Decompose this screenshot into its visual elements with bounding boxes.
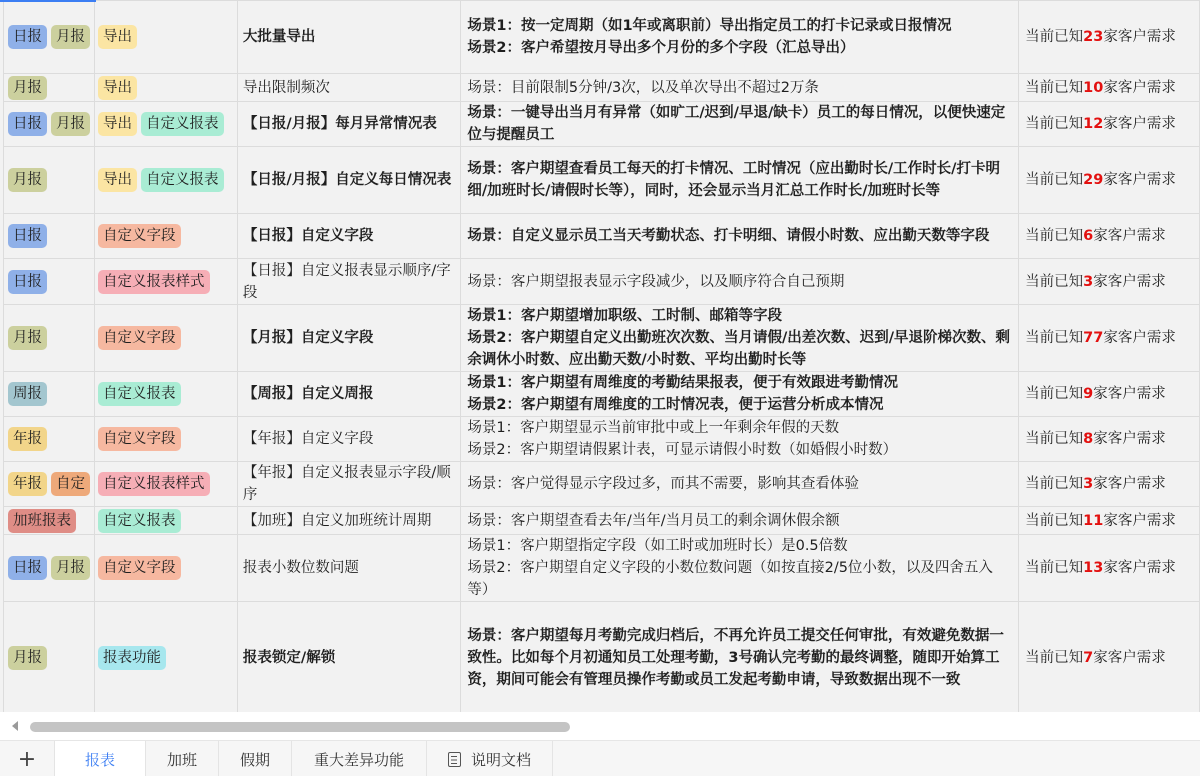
- demand-count-cell[interactable]: 当前已知6家客户需求: [1019, 214, 1200, 259]
- feature-title-cell[interactable]: 导出限制频次: [237, 74, 460, 102]
- demand-suffix: 家客户需求: [1093, 228, 1166, 244]
- scenario-cell[interactable]: 场景：客户期望每月考勤完成归档后，不再允许员工提交任何审批，有效避免数据一致性。…: [461, 602, 1019, 713]
- category-cell[interactable]: 自定义字段: [95, 535, 238, 602]
- scenario-cell[interactable]: 场景1：客户期望有周维度的考勤结果报表，便于有效跟进考勤情况场景2：客户期望有周…: [461, 372, 1019, 417]
- feature-title-cell[interactable]: 【周报】自定义周报: [237, 372, 460, 417]
- demand-suffix: 家客户需求: [1103, 116, 1176, 132]
- feature-title-cell[interactable]: 【日报】自定义报表显示顺序/字段: [237, 259, 460, 305]
- horizontal-scrollbar[interactable]: [0, 712, 1200, 740]
- scenario-line: 场景：一键导出当月有异常（如旷工/迟到/早退/缺卡）员工的每日情况，以便快速定位…: [467, 102, 1014, 146]
- category-tag: 自定义字段: [98, 427, 181, 451]
- report-type-cell[interactable]: 年报: [4, 417, 95, 462]
- report-type-tag: 月报: [51, 25, 90, 49]
- table-row: 月报导出导出限制频次场景：目前限制5分钟/3次，以及单次导出不超过2万条当前已知…: [4, 74, 1200, 102]
- sheet-tab-label: 加班: [167, 749, 197, 770]
- category-cell[interactable]: 自定义报表样式: [95, 462, 238, 507]
- feature-title-cell[interactable]: 【日报/月报】每月异常情况表: [237, 102, 460, 147]
- scenario-cell[interactable]: 场景1：客户期望显示当前审批中或上一年剩余年假的天数场景2：客户期望请假累计表，…: [461, 417, 1019, 462]
- report-type-cell[interactable]: 日报: [4, 214, 95, 259]
- category-tag: 导出: [98, 112, 137, 136]
- scenario-cell[interactable]: 场景：客户期望查看去年/当年/当月员工的剩余调休假余额: [461, 507, 1019, 535]
- scroll-left-arrow-icon[interactable]: [12, 721, 18, 731]
- sheet-tab-3[interactable]: 重大差异功能: [292, 741, 427, 776]
- report-type-tag: 自定: [51, 472, 90, 496]
- table-row: 日报月报导出大批量导出场景1：按一定周期（如1年或离职前）导出指定员工的打卡记录…: [4, 1, 1200, 74]
- customer-count: 8: [1083, 431, 1093, 447]
- sheet-tab-label: 假期: [240, 749, 270, 770]
- category-tag: 自定义字段: [98, 326, 181, 350]
- scenario-line: 场景：目前限制5分钟/3次，以及单次导出不超过2万条: [467, 77, 1014, 99]
- table-row: 日报月报自定义字段报表小数位数问题场景1：客户期望指定字段（如工时或加班时长）是…: [4, 535, 1200, 602]
- demand-count-cell[interactable]: 当前已知13家客户需求: [1019, 535, 1200, 602]
- feature-title-cell[interactable]: 报表锁定/解锁: [237, 602, 460, 713]
- scenario-cell[interactable]: 场景：客户期望查看员工每天的打卡情况、工时情况（应出勤时长/工作时长/打卡明细/…: [461, 147, 1019, 214]
- report-type-tag: 月报: [8, 168, 47, 192]
- customer-count: 12: [1083, 116, 1103, 132]
- report-type-cell[interactable]: 月报: [4, 602, 95, 713]
- scenario-line: 场景：客户觉得显示字段过多，而其不需要，影响其查看体验: [467, 473, 1014, 495]
- category-tag: 自定义字段: [98, 556, 181, 580]
- sheet-tab-4[interactable]: 说明文档: [427, 741, 553, 776]
- category-cell[interactable]: 自定义报表样式: [95, 259, 238, 305]
- scenario-line: 场景2：客户期望有周维度的工时情况表，便于运营分析成本情况: [467, 394, 1014, 416]
- customer-count: 11: [1083, 513, 1103, 529]
- sheet-tab-2[interactable]: 假期: [219, 741, 292, 776]
- sheet-tab-0[interactable]: 报表: [55, 741, 146, 776]
- spreadsheet-grid[interactable]: 日报月报导出大批量导出场景1：按一定周期（如1年或离职前）导出指定员工的打卡记录…: [0, 0, 1200, 712]
- report-type-tag: 日报: [8, 270, 47, 294]
- category-cell[interactable]: 导出自定义报表: [95, 147, 238, 214]
- category-tag: 导出: [98, 168, 137, 192]
- table-row: 年报自定义字段【年报】自定义字段场景1：客户期望显示当前审批中或上一年剩余年假的…: [4, 417, 1200, 462]
- demand-prefix: 当前已知: [1025, 650, 1083, 666]
- demand-suffix: 家客户需求: [1103, 560, 1176, 576]
- scenario-line: 场景1：客户期望增加职级、工时制、邮箱等字段: [467, 305, 1014, 327]
- table-row: 日报月报导出自定义报表【日报/月报】每月异常情况表场景：一键导出当月有异常（如旷…: [4, 102, 1200, 147]
- demand-count-cell[interactable]: 当前已知3家客户需求: [1019, 462, 1200, 507]
- report-type-cell[interactable]: 日报月报: [4, 1, 95, 74]
- scenario-line: 场景：客户期望查看去年/当年/当月员工的剩余调休假余额: [467, 510, 1014, 532]
- feature-title-cell[interactable]: 大批量导出: [237, 1, 460, 74]
- demand-count-cell[interactable]: 当前已知9家客户需求: [1019, 372, 1200, 417]
- report-type-tag: 月报: [51, 112, 90, 136]
- customer-count: 7: [1083, 650, 1093, 666]
- report-type-tag: 日报: [8, 25, 47, 49]
- category-tag: 导出: [98, 25, 137, 49]
- scenario-line: 场景1：客户期望指定字段（如工时或加班时长）是0.5倍数: [467, 535, 1014, 557]
- scenario-line: 场景2：客户期望请假累计表，可显示请假小时数（如婚假小时数）: [467, 439, 1014, 461]
- report-type-cell[interactable]: 年报自定: [4, 462, 95, 507]
- report-type-cell[interactable]: 加班报表: [4, 507, 95, 535]
- sheet-tab-bar: + 报表加班假期重大差异功能说明文档: [0, 740, 1200, 776]
- demand-prefix: 当前已知: [1025, 172, 1083, 188]
- report-type-tag: 年报: [8, 472, 47, 496]
- scenario-cell[interactable]: 场景1：按一定周期（如1年或离职前）导出指定员工的打卡记录或日报情况场景2：客户…: [461, 1, 1019, 74]
- category-cell[interactable]: 自定义字段: [95, 214, 238, 259]
- demand-count-cell[interactable]: 当前已知11家客户需求: [1019, 507, 1200, 535]
- scenario-cell[interactable]: 场景：客户期望报表显示字段减少，以及顺序符合自己预期: [461, 259, 1019, 305]
- category-tag: 导出: [98, 76, 137, 100]
- demand-prefix: 当前已知: [1025, 431, 1083, 447]
- report-type-cell[interactable]: 日报: [4, 259, 95, 305]
- customer-count: 3: [1083, 274, 1093, 290]
- sheet-tab-label: 重大差异功能: [314, 749, 404, 770]
- report-type-cell[interactable]: 日报月报: [4, 535, 95, 602]
- table-row: 周报自定义报表【周报】自定义周报场景1：客户期望有周维度的考勤结果报表，便于有效…: [4, 372, 1200, 417]
- requirements-table: 日报月报导出大批量导出场景1：按一定周期（如1年或离职前）导出指定员工的打卡记录…: [3, 0, 1200, 712]
- category-cell[interactable]: 导出自定义报表: [95, 102, 238, 147]
- report-type-cell[interactable]: 周报: [4, 372, 95, 417]
- demand-count-cell[interactable]: 当前已知23家客户需求: [1019, 1, 1200, 74]
- category-tag: 自定义报表: [141, 112, 224, 136]
- report-type-tag: 月报: [8, 646, 47, 670]
- category-cell[interactable]: 报表功能: [95, 602, 238, 713]
- report-type-tag: 加班报表: [8, 509, 76, 533]
- report-type-cell[interactable]: 月报: [4, 74, 95, 102]
- demand-prefix: 当前已知: [1025, 386, 1083, 402]
- demand-prefix: 当前已知: [1025, 560, 1083, 576]
- report-type-cell[interactable]: 月报: [4, 305, 95, 372]
- customer-count: 10: [1083, 80, 1103, 96]
- demand-suffix: 家客户需求: [1103, 172, 1176, 188]
- report-type-tag: 年报: [8, 427, 47, 451]
- add-sheet-button[interactable]: +: [0, 741, 55, 776]
- demand-suffix: 家客户需求: [1103, 513, 1176, 529]
- demand-prefix: 当前已知: [1025, 116, 1083, 132]
- scenario-line: 场景2：客户希望按月导出多个月份的多个字段（汇总导出）: [467, 37, 1014, 59]
- report-type-tag: 周报: [8, 382, 47, 406]
- category-tag: 自定义报表样式: [98, 472, 210, 496]
- demand-count-cell[interactable]: 当前已知77家客户需求: [1019, 305, 1200, 372]
- demand-suffix: 家客户需求: [1093, 650, 1166, 666]
- demand-prefix: 当前已知: [1025, 330, 1083, 346]
- report-type-cell[interactable]: 月报: [4, 147, 95, 214]
- demand-count-cell[interactable]: 当前已知3家客户需求: [1019, 259, 1200, 305]
- demand-count-cell[interactable]: 当前已知29家客户需求: [1019, 147, 1200, 214]
- scenario-cell[interactable]: 场景：自定义显示员工当天考勤状态、打卡明细、请假小时数、应出勤天数等字段: [461, 214, 1019, 259]
- scenario-line: 场景：自定义显示员工当天考勤状态、打卡明细、请假小时数、应出勤天数等字段: [467, 225, 1014, 247]
- scenario-cell[interactable]: 场景1：客户期望增加职级、工时制、邮箱等字段场景2：客户期望自定义出勤班次次数、…: [461, 305, 1019, 372]
- demand-prefix: 当前已知: [1025, 513, 1083, 529]
- report-type-tag: 日报: [8, 556, 47, 580]
- demand-suffix: 家客户需求: [1093, 386, 1166, 402]
- demand-suffix: 家客户需求: [1093, 476, 1166, 492]
- scenario-line: 场景：客户期望报表显示字段减少，以及顺序符合自己预期: [467, 271, 1014, 293]
- feature-title-cell[interactable]: 【日报】自定义字段: [237, 214, 460, 259]
- table-row: 年报自定自定义报表样式【年报】自定义报表显示字段/顺序场景：客户觉得显示字段过多…: [4, 462, 1200, 507]
- category-cell[interactable]: 自定义字段: [95, 417, 238, 462]
- demand-prefix: 当前已知: [1025, 476, 1083, 492]
- scenario-line: 场景：客户期望查看员工每天的打卡情况、工时情况（应出勤时长/工作时长/打卡明细/…: [467, 158, 1014, 202]
- feature-title-cell[interactable]: 【年报】自定义报表显示字段/顺序: [237, 462, 460, 507]
- demand-suffix: 家客户需求: [1103, 80, 1176, 96]
- feature-title-cell[interactable]: 【加班】自定义加班统计周期: [237, 507, 460, 535]
- report-type-tag: 月报: [8, 326, 47, 350]
- report-type-cell[interactable]: 日报月报: [4, 102, 95, 147]
- demand-prefix: 当前已知: [1025, 29, 1083, 45]
- demand-count-cell[interactable]: 当前已知7家客户需求: [1019, 602, 1200, 713]
- scenario-line: 场景1：客户期望有周维度的考勤结果报表，便于有效跟进考勤情况: [467, 372, 1014, 394]
- table-row: 日报自定义报表样式【日报】自定义报表显示顺序/字段场景：客户期望报表显示字段减少…: [4, 259, 1200, 305]
- category-cell[interactable]: 导出: [95, 1, 238, 74]
- scroll-thumb[interactable]: [30, 722, 570, 732]
- scenario-cell[interactable]: 场景：一键导出当月有异常（如旷工/迟到/早退/缺卡）员工的每日情况，以便快速定位…: [461, 102, 1019, 147]
- customer-count: 29: [1083, 172, 1103, 188]
- demand-suffix: 家客户需求: [1103, 29, 1176, 45]
- selection-indicator: [0, 0, 96, 2]
- sheet-tab-1[interactable]: 加班: [146, 741, 219, 776]
- category-tag: 报表功能: [98, 646, 166, 670]
- demand-suffix: 家客户需求: [1103, 330, 1176, 346]
- category-tag: 自定义字段: [98, 224, 181, 248]
- scenario-line: 场景1：按一定周期（如1年或离职前）导出指定员工的打卡记录或日报情况: [467, 15, 1014, 37]
- customer-count: 9: [1083, 386, 1093, 402]
- scenario-cell[interactable]: 场景1：客户期望指定字段（如工时或加班时长）是0.5倍数场景2：客户期望自定义字…: [461, 535, 1019, 602]
- scenario-line: 场景2：客户期望自定义出勤班次次数、当月请假/出差次数、迟到/早退阶梯次数、剩余…: [467, 327, 1014, 371]
- demand-prefix: 当前已知: [1025, 80, 1083, 96]
- customer-count: 23: [1083, 29, 1103, 45]
- category-tag: 自定义报表: [141, 168, 224, 192]
- customer-count: 13: [1083, 560, 1103, 576]
- scenario-line: 场景1：客户期望显示当前审批中或上一年剩余年假的天数: [467, 417, 1014, 439]
- feature-title-cell[interactable]: 【日报/月报】自定义每日情况表: [237, 147, 460, 214]
- table-row: 月报自定义字段【月报】自定义字段场景1：客户期望增加职级、工时制、邮箱等字段场景…: [4, 305, 1200, 372]
- report-type-tag: 日报: [8, 224, 47, 248]
- sheet-tab-label: 说明文档: [471, 749, 531, 770]
- category-cell[interactable]: 导出: [95, 74, 238, 102]
- table-row: 月报导出自定义报表【日报/月报】自定义每日情况表场景：客户期望查看员工每天的打卡…: [4, 147, 1200, 214]
- scenario-cell[interactable]: 场景：客户觉得显示字段过多，而其不需要，影响其查看体验: [461, 462, 1019, 507]
- scenario-line: 场景：客户期望每月考勤完成归档后，不再允许员工提交任何审批，有效避免数据一致性。…: [467, 625, 1014, 691]
- category-cell[interactable]: 自定义报表: [95, 507, 238, 535]
- report-type-tag: 月报: [8, 76, 47, 100]
- demand-suffix: 家客户需求: [1093, 431, 1166, 447]
- scenario-line: 场景2：客户期望自定义字段的小数位数问题（如按直接2/5位小数，以及四舍五入等）: [467, 557, 1014, 601]
- customer-count: 77: [1083, 330, 1103, 346]
- demand-count-cell[interactable]: 当前已知12家客户需求: [1019, 102, 1200, 147]
- category-tag: 自定义报表样式: [98, 270, 210, 294]
- table-row: 日报自定义字段【日报】自定义字段场景：自定义显示员工当天考勤状态、打卡明细、请假…: [4, 214, 1200, 259]
- category-tag: 自定义报表: [98, 509, 181, 533]
- demand-suffix: 家客户需求: [1093, 274, 1166, 290]
- demand-prefix: 当前已知: [1025, 228, 1083, 244]
- category-cell[interactable]: 自定义字段: [95, 305, 238, 372]
- scenario-cell[interactable]: 场景：目前限制5分钟/3次，以及单次导出不超过2万条: [461, 74, 1019, 102]
- sheet-tab-label: 报表: [85, 749, 115, 770]
- demand-count-cell[interactable]: 当前已知10家客户需求: [1019, 74, 1200, 102]
- feature-title-cell[interactable]: 【年报】自定义字段: [237, 417, 460, 462]
- feature-title-cell[interactable]: 报表小数位数问题: [237, 535, 460, 602]
- report-type-tag: 月报: [51, 556, 90, 580]
- document-icon: [448, 752, 461, 767]
- table-row: 月报报表功能报表锁定/解锁场景：客户期望每月考勤完成归档后，不再允许员工提交任何…: [4, 602, 1200, 713]
- report-type-tag: 日报: [8, 112, 47, 136]
- category-cell[interactable]: 自定义报表: [95, 372, 238, 417]
- table-row: 加班报表自定义报表【加班】自定义加班统计周期场景：客户期望查看去年/当年/当月员…: [4, 507, 1200, 535]
- feature-title-cell[interactable]: 【月报】自定义字段: [237, 305, 460, 372]
- customer-count: 6: [1083, 228, 1093, 244]
- demand-count-cell[interactable]: 当前已知8家客户需求: [1019, 417, 1200, 462]
- demand-prefix: 当前已知: [1025, 274, 1083, 290]
- category-tag: 自定义报表: [98, 382, 181, 406]
- customer-count: 3: [1083, 476, 1093, 492]
